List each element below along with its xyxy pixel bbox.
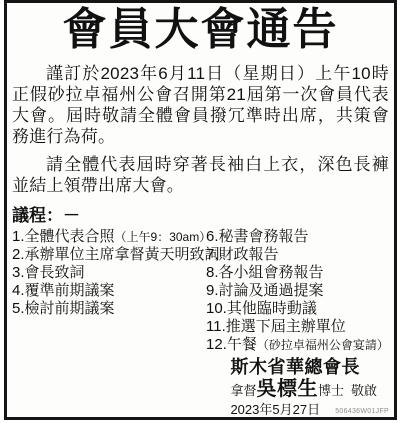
- agenda-item-label: 8.各小組會務報告: [206, 264, 324, 281]
- agenda-item-2: 2.承辦單位主席拿督黃天明致詞: [12, 246, 206, 264]
- agenda-item-10: 10.其他臨時動議: [206, 300, 389, 318]
- agenda-list: 1.全體代表合照（上午9：30am） 2.承辦單位主席拿督黃天明致詞 3.會長致…: [12, 228, 389, 354]
- agenda-item-1: 1.全體代表合照（上午9：30am）: [12, 228, 206, 246]
- agenda-item-note: （上午9：30am）: [115, 230, 212, 244]
- agenda-item-label: 9.討論及通過提案: [206, 282, 324, 299]
- agenda-item-label: 2.承辦單位主席拿督黃天明致詞: [12, 246, 220, 263]
- meeting-notice-document: 會員大會通告 謹訂於2023年6月11日（星期日）上午10時正假砂拉卓福州公會召…: [4, 0, 397, 420]
- agenda-item-label: 11.推選下屆主辦單位: [206, 318, 346, 335]
- agenda-item-label: 4.覆準前期議案: [12, 282, 115, 299]
- signature-org-title: 斯木省華總會長: [230, 357, 377, 378]
- agenda-item-8: 8.各小組會務報告: [206, 264, 389, 282]
- signature-name-prefix: 拿督: [230, 383, 256, 398]
- agenda-item-3: 3.會長致詞: [12, 264, 206, 282]
- agenda-heading: 議程：－: [12, 206, 389, 226]
- agenda-item-6: 6.秘書會務報告: [206, 228, 389, 246]
- signature-name-suffix: 博士: [318, 383, 344, 398]
- agenda-column-right: 6.秘書會務報告 7.財政報告 8.各小組會務報告 9.討論及通過提案 10.其…: [206, 228, 389, 354]
- dress-code-paragraph: 請全體代表屆時穿著長袖白上衣，深色長褲並結上領帶出席大會。: [12, 154, 389, 196]
- agenda-item-11: 11.推選下屆主辦單位: [206, 318, 389, 336]
- agenda-item-label: 5.檢討前期議案: [12, 300, 115, 317]
- agenda-item-note: （砂拉卓福州公會宴請）: [257, 338, 389, 352]
- agenda-item-5: 5.檢討前期議案: [12, 300, 206, 318]
- agenda-item-4: 4.覆準前期議案: [12, 282, 206, 300]
- agenda-item-label: 1.全體代表合照: [12, 228, 115, 245]
- agenda-item-label: 7.財政報告: [206, 246, 279, 263]
- agenda-item-12: 12.午餐（砂拉卓福州公會宴請）: [206, 336, 389, 354]
- intro-paragraph: 謹訂於2023年6月11日（星期日）上午10時正假砂拉卓福州公會召開第21屆第一…: [12, 63, 389, 147]
- agenda-column-left: 1.全體代表合照（上午9：30am） 2.承辦單位主席拿督黃天明致詞 3.會長致…: [12, 228, 206, 318]
- agenda-item-9: 9.討論及通過提案: [206, 282, 389, 300]
- agenda-item-label: 3.會長致詞: [12, 264, 85, 281]
- signature-name: 吳標生: [256, 378, 318, 400]
- agenda-item-label: 10.其他臨時動議: [206, 300, 317, 317]
- agenda-item-label: 12.午餐: [206, 336, 257, 353]
- signature-name-line: 拿督吳標生博士敬啟: [230, 378, 377, 402]
- signature-closing: 敬啟: [351, 383, 377, 398]
- notice-title: 會員大會通告: [12, 5, 389, 55]
- agenda-item-7: 7.財政報告: [206, 246, 389, 264]
- print-code: 506436W01JFP: [335, 408, 389, 415]
- agenda-item-label: 6.秘書會務報告: [206, 228, 309, 245]
